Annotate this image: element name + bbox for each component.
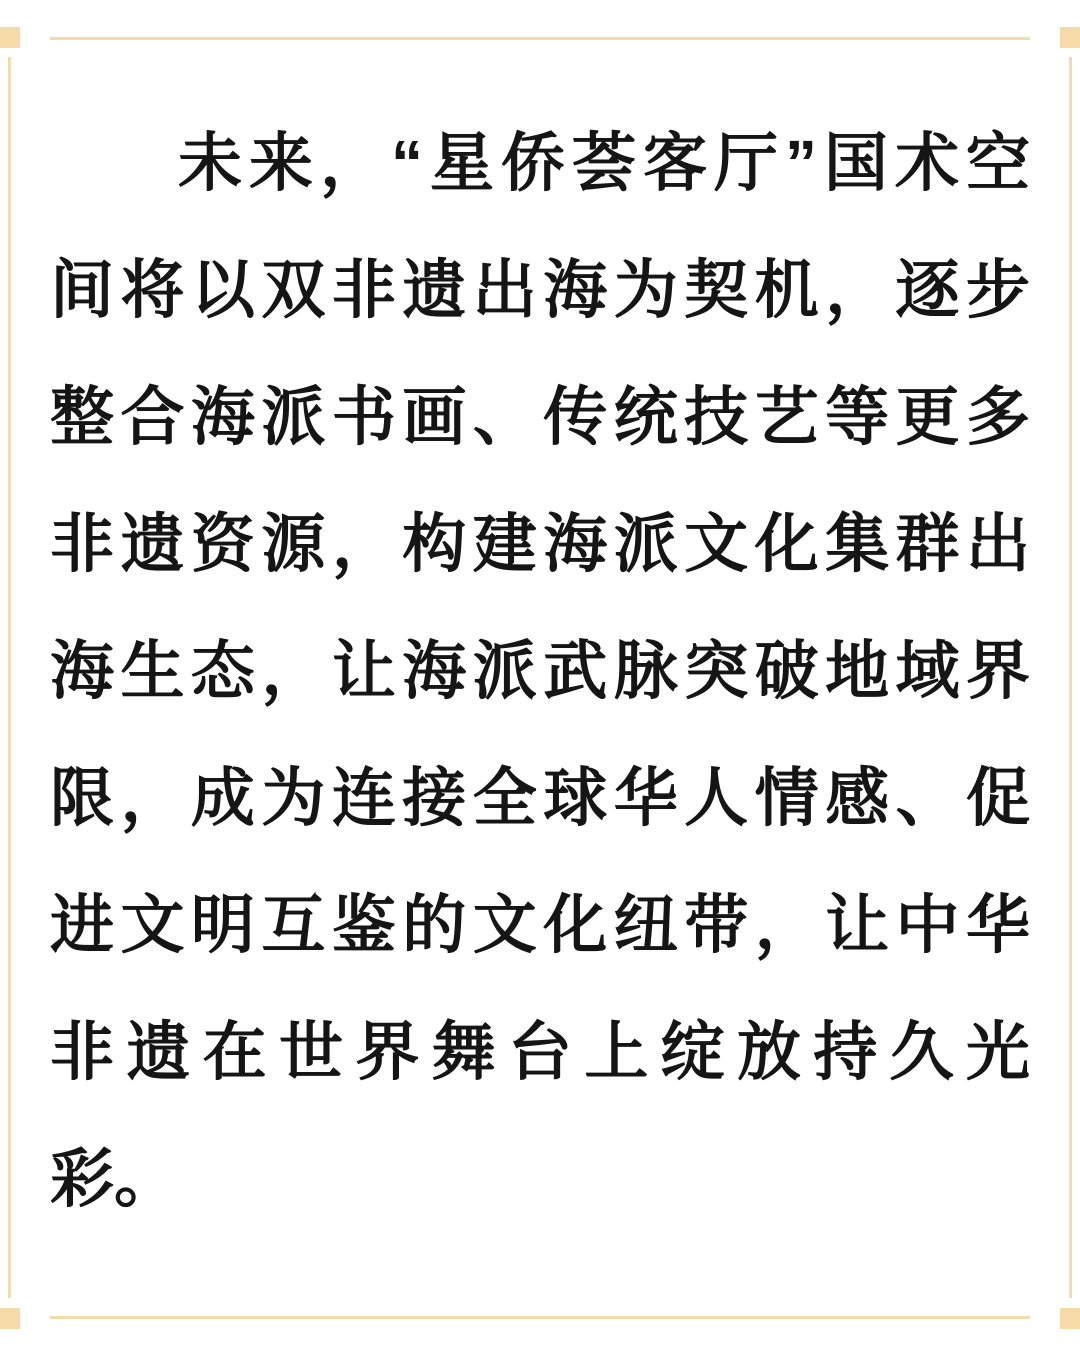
corner-square-bottom-right <box>1060 1308 1080 1329</box>
bottom-horizontal-rule <box>50 1316 1030 1319</box>
paragraph-line: 进文明互鉴的文化纽带，让中华 <box>50 862 1030 989</box>
left-vertical-rule <box>8 57 11 1298</box>
paragraph-line: 彩。 <box>50 1116 1030 1243</box>
top-horizontal-rule <box>50 37 1030 40</box>
paragraph-line: 整合海派书画、传统技艺等更多 <box>50 354 1030 481</box>
corner-square-top-right <box>1060 27 1080 48</box>
paragraph-line: 限，成为连接全球华人情感、促 <box>50 735 1030 862</box>
paragraph-line: 间将以双非遗出海为契机，逐步 <box>50 227 1030 354</box>
right-vertical-rule <box>1069 57 1072 1298</box>
paragraph-line: 非遗资源，构建海派文化集群出 <box>50 481 1030 608</box>
paragraph-line: 未来，“星侨荟客厅”国术空 <box>50 100 1030 227</box>
paragraph-line: 海生态，让海派武脉突破地域界 <box>50 608 1030 735</box>
article-paragraph: 未来，“星侨荟客厅”国术空 间将以双非遗出海为契机，逐步 整合海派书画、传统技艺… <box>50 100 1030 1243</box>
paragraph-line: 非遗在世界舞台上绽放持久光 <box>50 989 1030 1116</box>
corner-square-top-left <box>0 27 20 48</box>
corner-square-bottom-left <box>0 1308 20 1329</box>
